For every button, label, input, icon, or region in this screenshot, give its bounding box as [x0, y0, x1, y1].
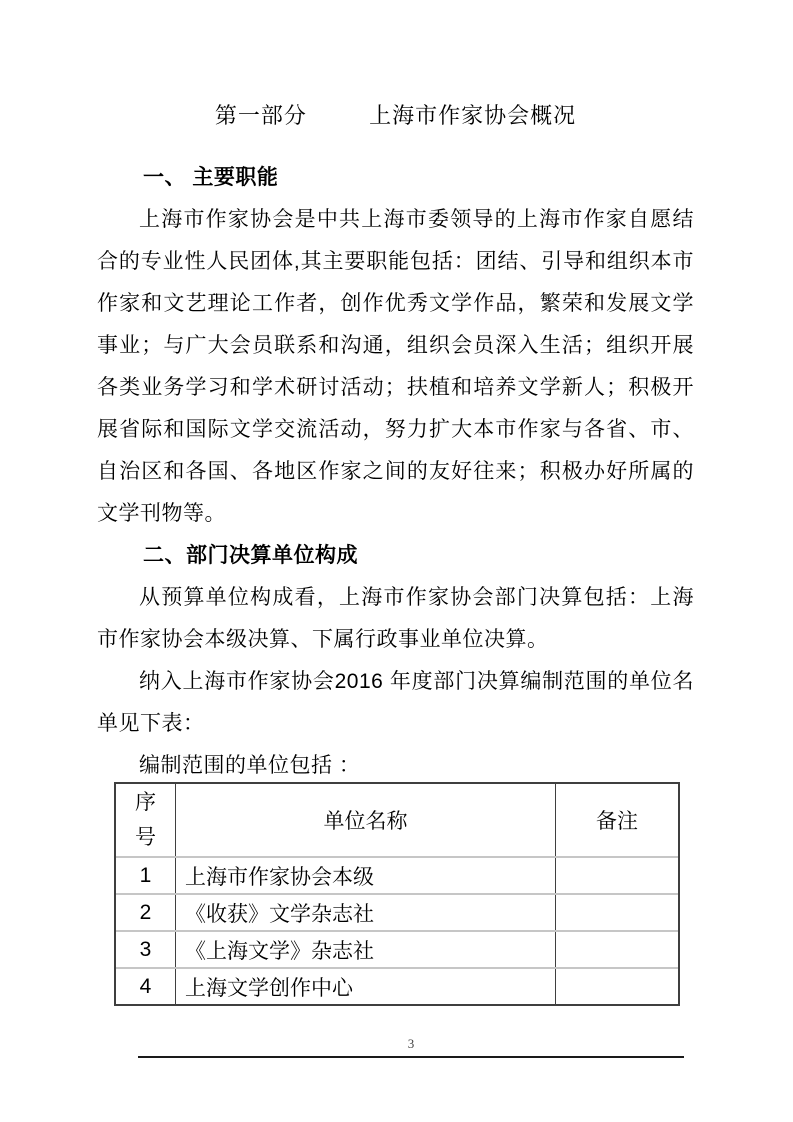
title-part-1: 第一部分 [215, 103, 307, 128]
paragraph-line: 文学刊物等。 [97, 493, 694, 535]
document-page: 第一部分 上海市作家协会概况 一、 主要职能 上海市作家协会是中共上海市委领导的… [0, 0, 793, 1122]
paragraph-line: 编制范围的单位包括 ： [97, 745, 694, 787]
section-heading-budget-units: 二、部门决算单位构成 [97, 535, 694, 577]
paragraph-line: 合的专业性人民团体,其主要职能包括：团结、引导和组织本市 [97, 241, 694, 283]
cell-remarks [556, 969, 678, 1004]
paragraph-line: 纳入上海市作家协会2016 年度部门决算编制范围的单位名 [97, 661, 694, 703]
section-heading-main-functions: 一、 主要职能 [97, 157, 694, 199]
table-row: 2 《收获》文学杂志社 [116, 893, 678, 930]
paragraph-line: 单见下表： [97, 703, 694, 745]
cell-unit-name: 《上海文学》杂志社 [176, 932, 556, 967]
title-part-2: 上海市作家协会概况 [369, 103, 576, 128]
col-header-remarks: 备注 [556, 784, 678, 856]
paragraph-line: 作家和文艺理论工作者，创作优秀文学作品，繁荣和发展文学 [97, 283, 694, 325]
cell-remarks [556, 895, 678, 930]
document-content: 第一部分 上海市作家协会概况 一、 主要职能 上海市作家协会是中共上海市委领导的… [0, 0, 793, 1006]
cell-unit-name: 上海文学创作中心 [176, 969, 556, 1004]
table-row: 1 上海市作家协会本级 [116, 856, 678, 893]
col-header-unit-name: 单位名称 [176, 784, 556, 856]
paragraph-line: 自治区和各国、各地区作家之间的友好往来；积极办好所属的 [97, 451, 694, 493]
paragraph-line: 上海市作家协会是中共上海市委领导的上海市作家自愿结 [97, 199, 694, 241]
table-row: 4 上海文学创作中心 [116, 967, 678, 1004]
cell-index: 3 [116, 932, 176, 967]
cell-remarks [556, 858, 678, 893]
document-title: 第一部分 上海市作家协会概况 [97, 95, 694, 137]
page-number: 3 [138, 1036, 684, 1052]
cell-unit-name: 上海市作家协会本级 [176, 858, 556, 893]
cell-index: 1 [116, 858, 176, 893]
cell-remarks [556, 932, 678, 967]
cell-index: 2 [116, 895, 176, 930]
cell-index: 4 [116, 969, 176, 1004]
units-table: 序号 单位名称 备注 1 上海市作家协会本级 2 《收获》文学杂志社 3 《上海… [114, 782, 680, 1006]
paragraph-line: 各类业务学习和学术研讨活动；扶植和培养文学新人；积极开 [97, 367, 694, 409]
paragraph-line: 事业；与广大会员联系和沟通，组织会员深入生活；组织开展 [97, 325, 694, 367]
paragraph-line: 从预算单位构成看，上海市作家协会部门决算包括：上海 [97, 577, 694, 619]
table-header-row: 序号 单位名称 备注 [116, 784, 678, 856]
col-header-index: 序号 [116, 784, 176, 856]
footer-rule [138, 1056, 684, 1058]
paragraph-line: 市作家协会本级决算、下属行政事业单位决算。 [97, 619, 694, 661]
table-row: 3 《上海文学》杂志社 [116, 930, 678, 967]
cell-unit-name: 《收获》文学杂志社 [176, 895, 556, 930]
paragraph-line: 展省际和国际文学交流活动，努力扩大本市作家与各省、市、 [97, 409, 694, 451]
